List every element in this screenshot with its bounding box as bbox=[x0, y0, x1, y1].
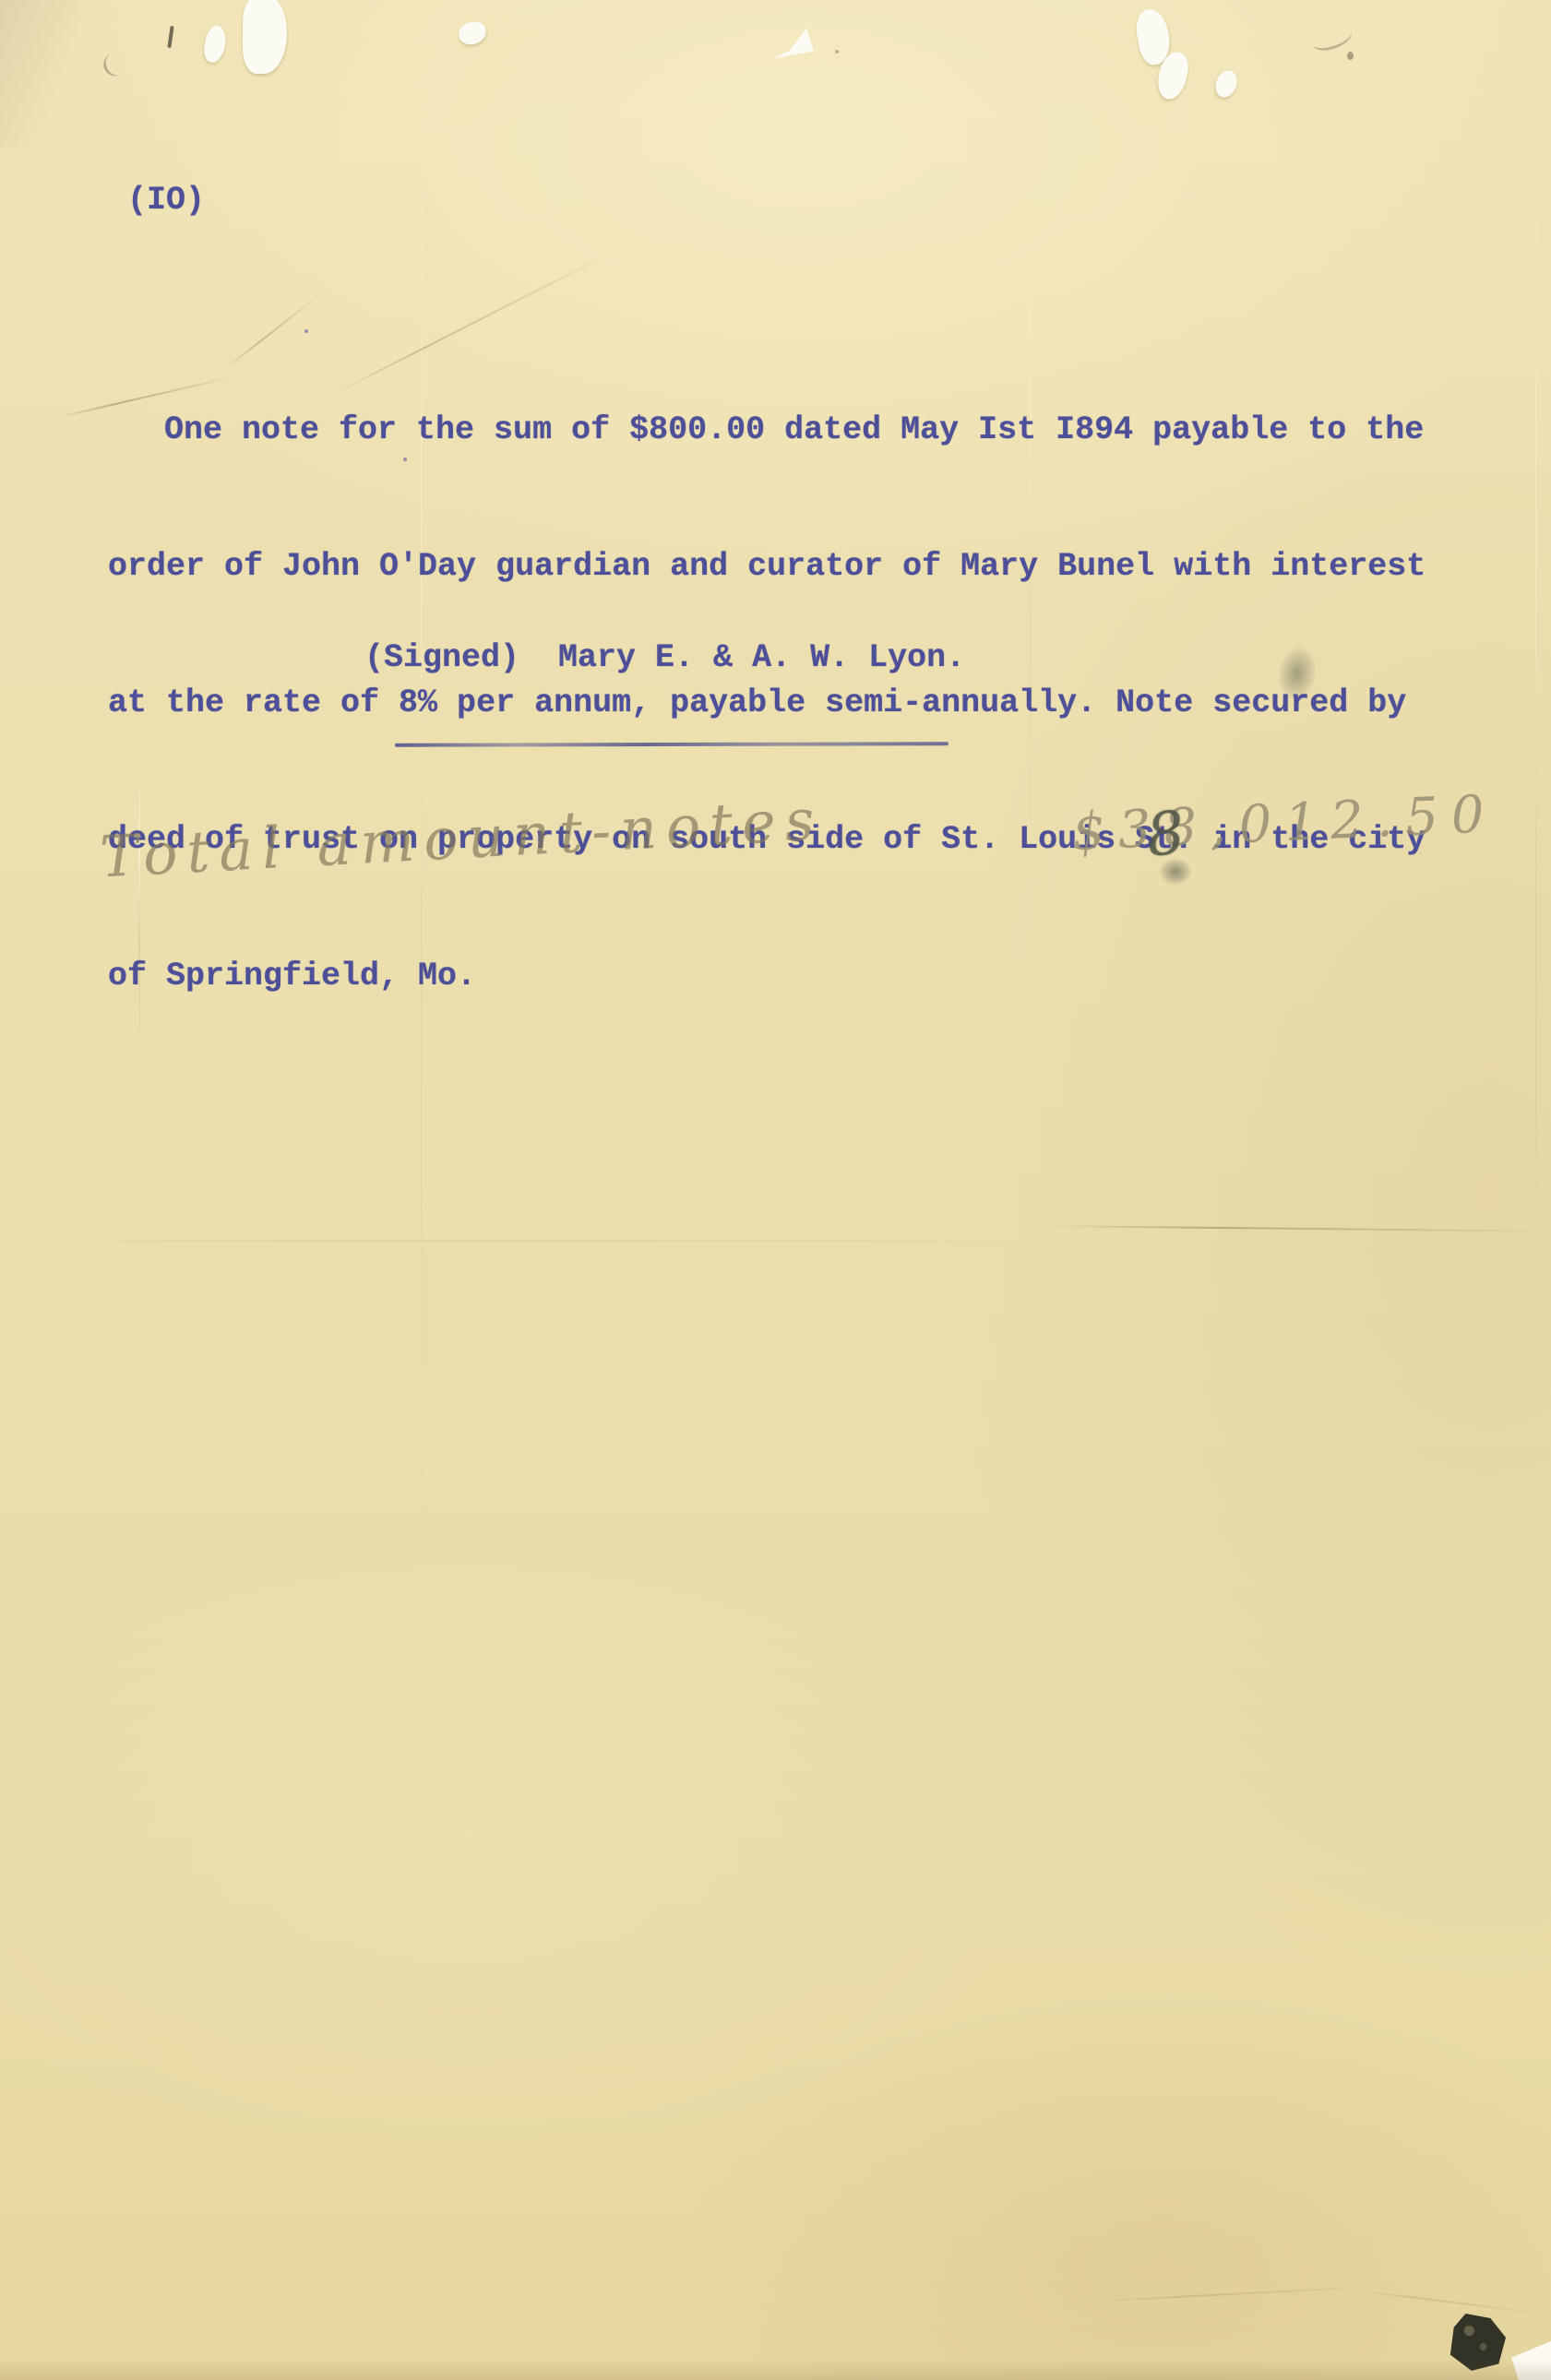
crease-line bbox=[1356, 2290, 1550, 2315]
paragraph-line-1: One note for the sum of $800.00 dated Ma… bbox=[108, 399, 1426, 461]
paper-tear bbox=[773, 29, 814, 60]
paragraph-line-5: of Springfield, Mo. bbox=[108, 945, 1426, 1007]
pencil-mark bbox=[1310, 23, 1354, 54]
page-number: (IO) bbox=[127, 181, 205, 220]
note-paragraph: One note for the sum of $800.00 dated Ma… bbox=[108, 325, 1426, 1081]
paper-tear bbox=[457, 20, 487, 46]
paragraph-line-2: order of John O'Day guardian and curator… bbox=[108, 535, 1426, 598]
signature-line: (Signed) Mary E. & A. W. Lyon. bbox=[364, 638, 965, 677]
paragraph-line-3: at the rate of 8% per annum, payable sem… bbox=[108, 672, 1426, 734]
paper-tear bbox=[243, 0, 287, 74]
crease-line bbox=[0, 1240, 1153, 1242]
page-bottom-shading bbox=[0, 2360, 1551, 2380]
pencil-mark bbox=[100, 47, 134, 80]
pencil-mark bbox=[1347, 52, 1354, 60]
paper-tear bbox=[1212, 67, 1241, 101]
ink-speck bbox=[835, 50, 839, 54]
crease-line bbox=[1089, 2285, 1384, 2303]
fold-line bbox=[1535, 184, 1537, 1384]
paper-tear bbox=[201, 24, 229, 65]
document-page: (IO) One note for the sum of $800.00 dat… bbox=[0, 0, 1551, 2380]
pencil-mark bbox=[167, 26, 173, 48]
crease-line bbox=[1043, 1225, 1551, 1232]
corner-shading bbox=[0, 0, 83, 148]
